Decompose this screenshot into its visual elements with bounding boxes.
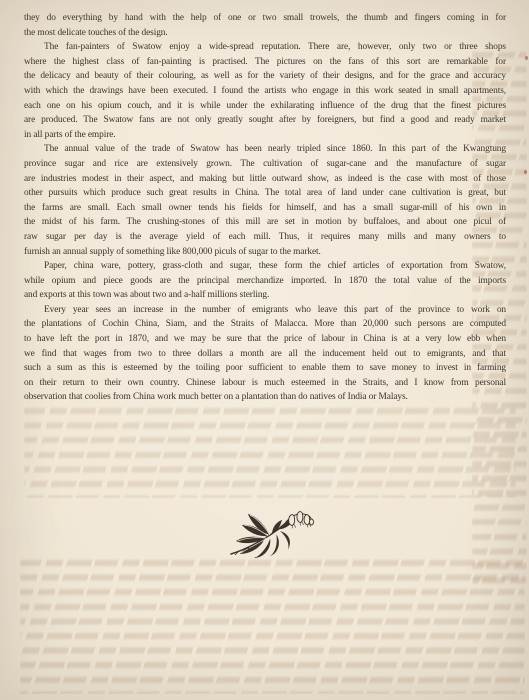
text-line: Every year sees an increase in the numbe…: [24, 303, 506, 318]
text-line: the plantations of Cochin China, Siam, a…: [24, 317, 506, 332]
text-line: each one on his opium couch, and it is w…: [24, 99, 506, 114]
paper-speck: [525, 56, 528, 60]
text-line: and exports at this town was about two a…: [24, 288, 506, 303]
text-block: they do everything by hand with the help…: [24, 11, 506, 405]
text-line: are industries modest in their aspect, a…: [24, 172, 506, 187]
text-line: are produced. The Swatow fans are not on…: [24, 113, 506, 128]
text-line: we find that wages from two to three dol…: [24, 347, 506, 362]
text-line: The fan-painters of Swatow enjoy a wide-…: [24, 40, 506, 55]
text-line: the delicacy and beauty of their colouri…: [24, 69, 506, 84]
text-line: raw sugar per day is the average yield o…: [24, 230, 506, 245]
text-line: province sugar and rice are extensively …: [24, 157, 506, 172]
flower-engraving-svg: [228, 504, 316, 564]
text-line: to have left the port in 1870, and we ma…: [24, 332, 506, 347]
text-line: the farms are small. Each small owner te…: [24, 201, 506, 216]
text-line: with which the drawings have been execut…: [24, 84, 506, 99]
text-line: Paper, china ware, pottery, grass-cloth …: [24, 259, 506, 274]
bleedthrough-bottom: [20, 556, 525, 694]
text-line: other pursuits which produce such great …: [24, 186, 506, 201]
text-line: they do everything by hand with the help…: [24, 11, 506, 26]
text-line: furnish an annual supply of something li…: [24, 245, 506, 260]
book-page: they do everything by hand with the help…: [0, 0, 529, 700]
text-line: on their return to their own country. Ch…: [24, 376, 506, 391]
text-line: The annual value of the trade of Swatow …: [24, 142, 506, 157]
text-line: the midst of his farm. The crushing-ston…: [24, 215, 506, 230]
paper-speck: [524, 170, 527, 174]
text-line: in all parts of the empire.: [24, 128, 506, 143]
flower-engraving: [228, 504, 316, 564]
text-line: such a sum as this is esteemed by the to…: [24, 361, 506, 376]
text-line: the most delicate touches of the design.: [24, 26, 506, 41]
text-line: where the highest class of fan-painting …: [24, 55, 506, 70]
text-line: while opium and piece goods are the prin…: [24, 274, 506, 289]
bleedthrough-below-text: [24, 404, 516, 498]
text-line: observation that coolies from China work…: [24, 390, 506, 405]
